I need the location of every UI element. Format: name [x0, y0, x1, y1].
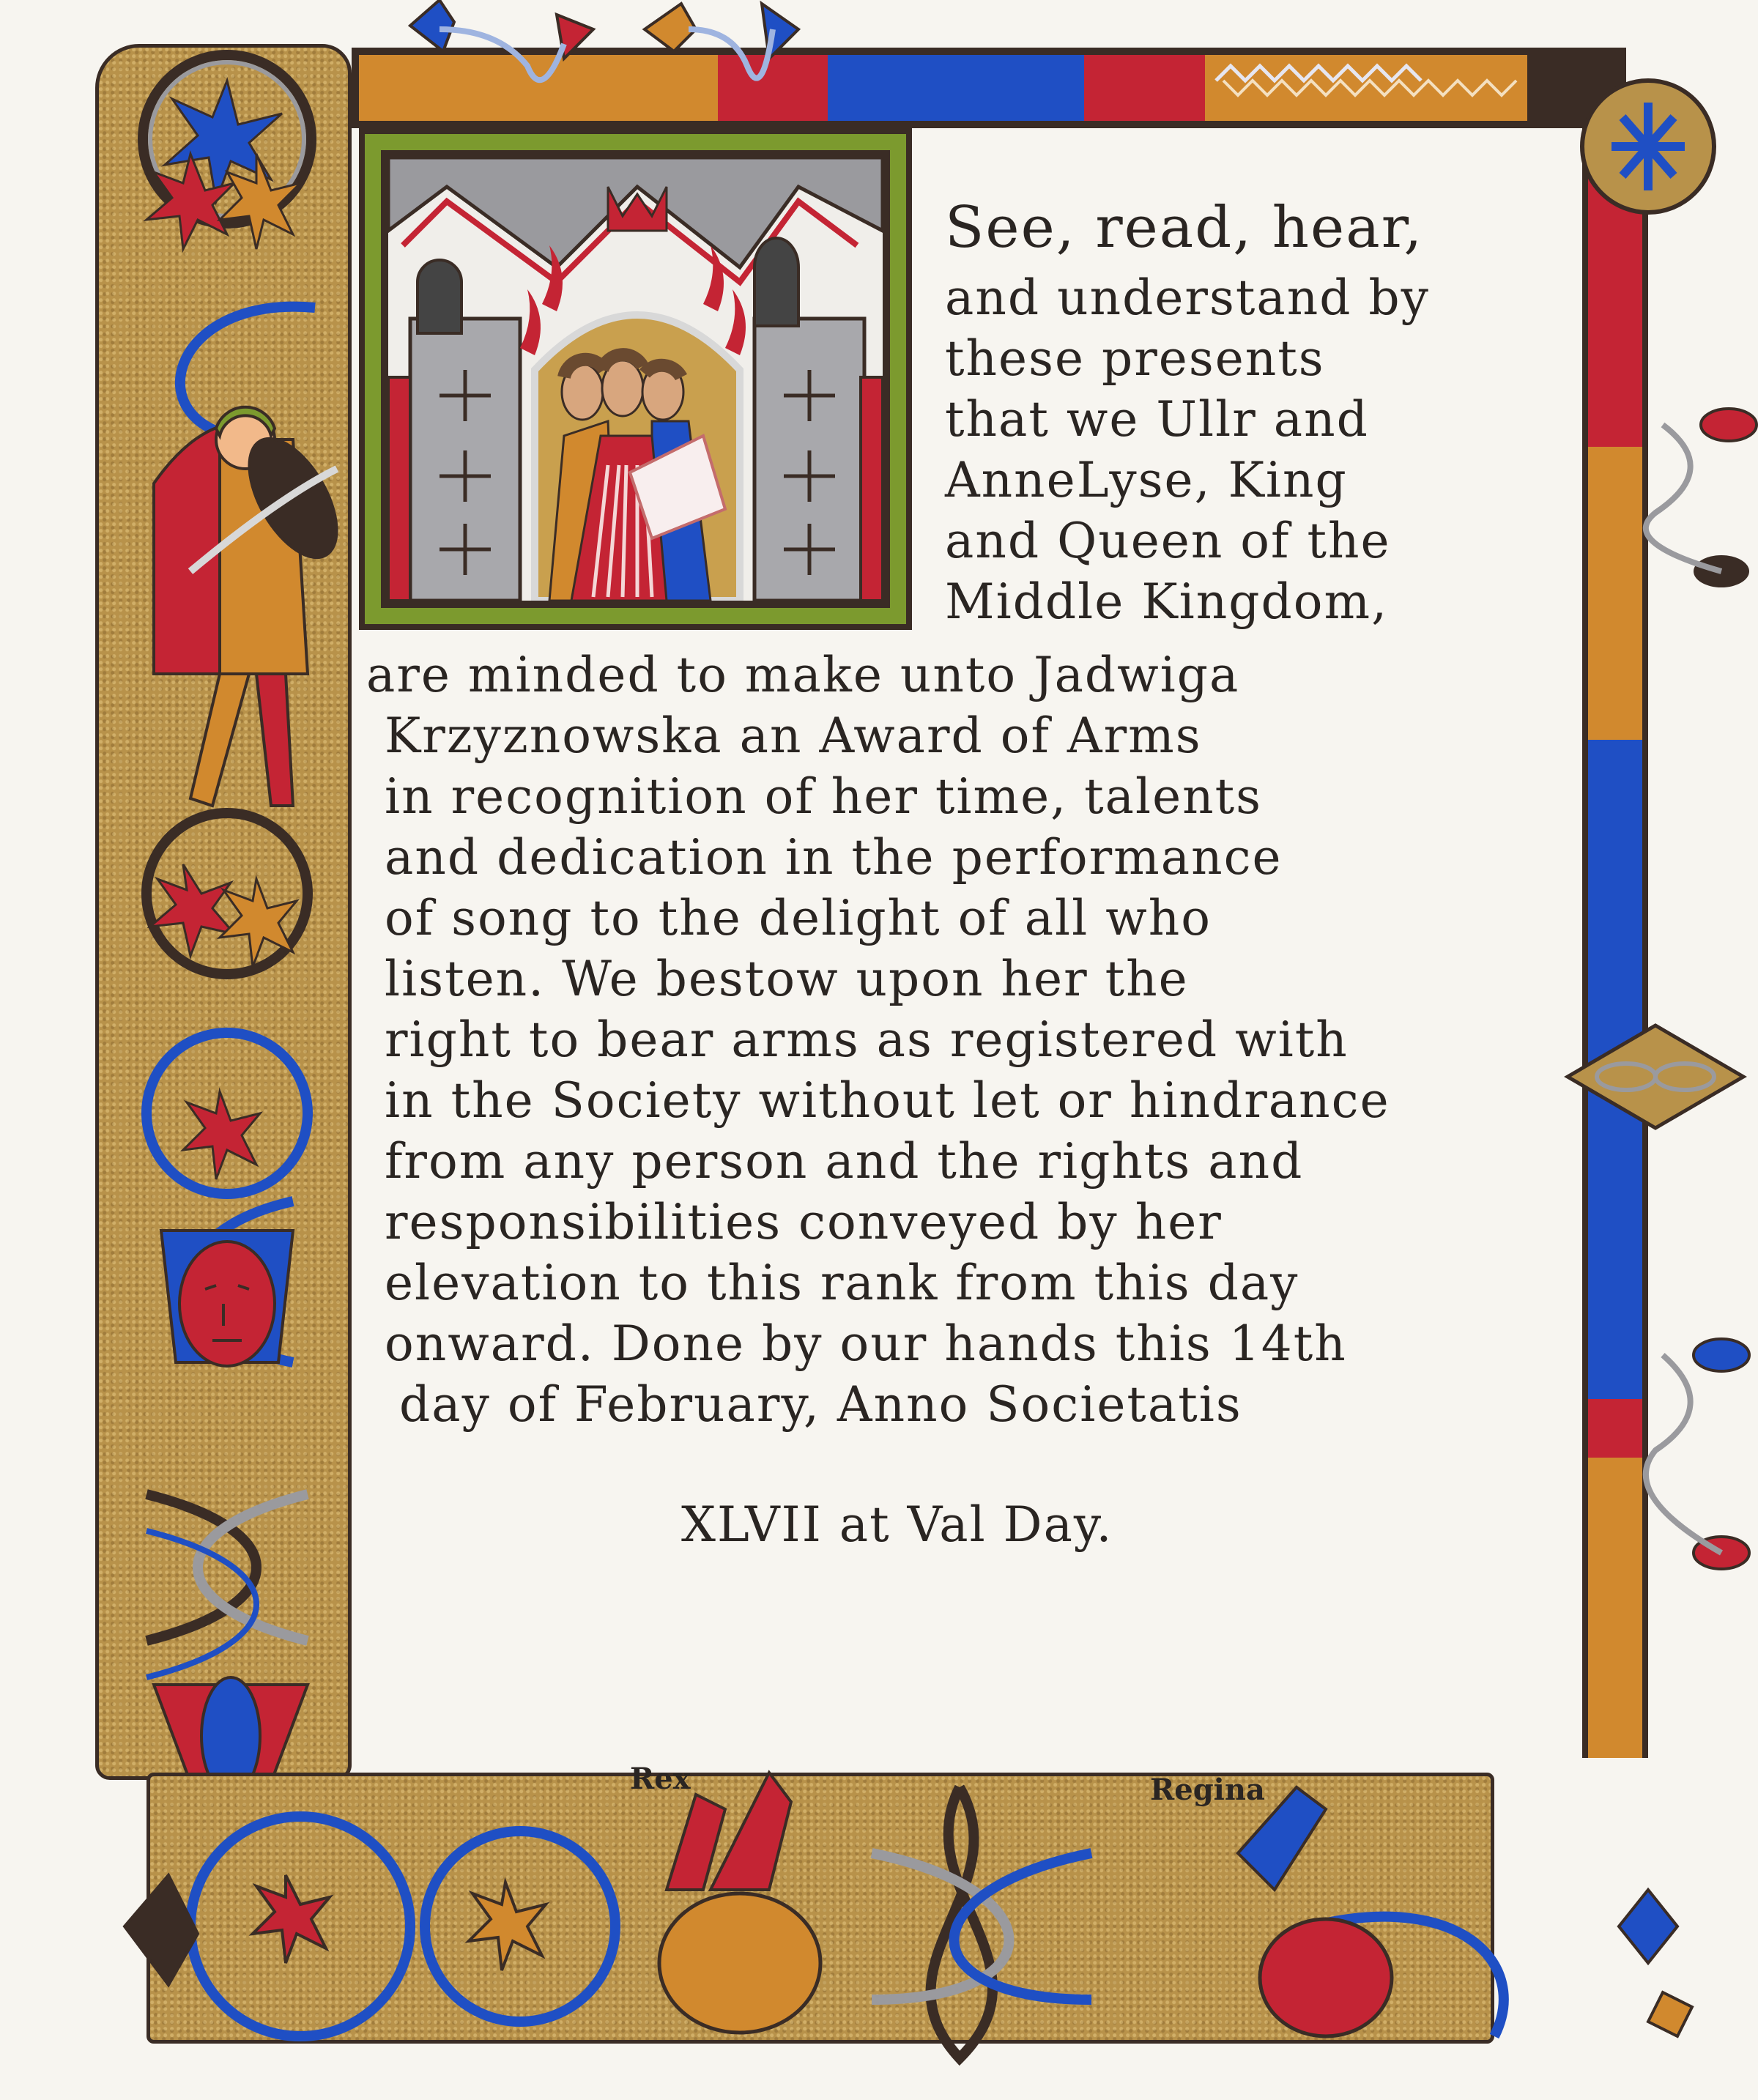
text-line: and understand by	[945, 267, 1430, 328]
text-line: onward. Done by our hands this 14th	[385, 1313, 1347, 1374]
text-line: day of February, Anno Societatis	[399, 1374, 1242, 1435]
text-line: that we Ullr and	[945, 389, 1369, 450]
rex-signature-label: Rex	[630, 1762, 691, 1796]
text-line: and dedication in the performance	[385, 827, 1283, 888]
text-line: in recognition of her time, talents	[385, 766, 1262, 827]
regina-signature-label: Regina	[1150, 1773, 1265, 1807]
text-line: right to bear arms as registered with	[385, 1009, 1349, 1070]
text-line: from any person and the rights and	[385, 1131, 1303, 1192]
closing-line: XLVII at Val Day.	[681, 1494, 1113, 1555]
text-line: elevation to this rank from this day	[385, 1253, 1299, 1313]
text-line: responsibilities conveyed by her	[385, 1192, 1223, 1253]
text-line: listen. We bestow upon her the	[385, 949, 1189, 1009]
text-line: See, read, hear,	[945, 198, 1423, 259]
text-line: Middle Kingdom,	[945, 571, 1388, 632]
text-line: Krzyznowska an Award of Arms	[385, 705, 1202, 766]
scroll-text: See, read, hear, and understand by these…	[0, 0, 1758, 2100]
text-line: and Queen of the	[945, 511, 1391, 571]
text-line: AnneLyse, King	[945, 450, 1348, 511]
text-line: are minded to make unto Jadwiga	[366, 645, 1239, 705]
text-line: of song to the delight of all who	[385, 888, 1212, 949]
text-line: in the Society without let or hindrance	[385, 1070, 1390, 1131]
text-line: these presents	[945, 328, 1325, 389]
